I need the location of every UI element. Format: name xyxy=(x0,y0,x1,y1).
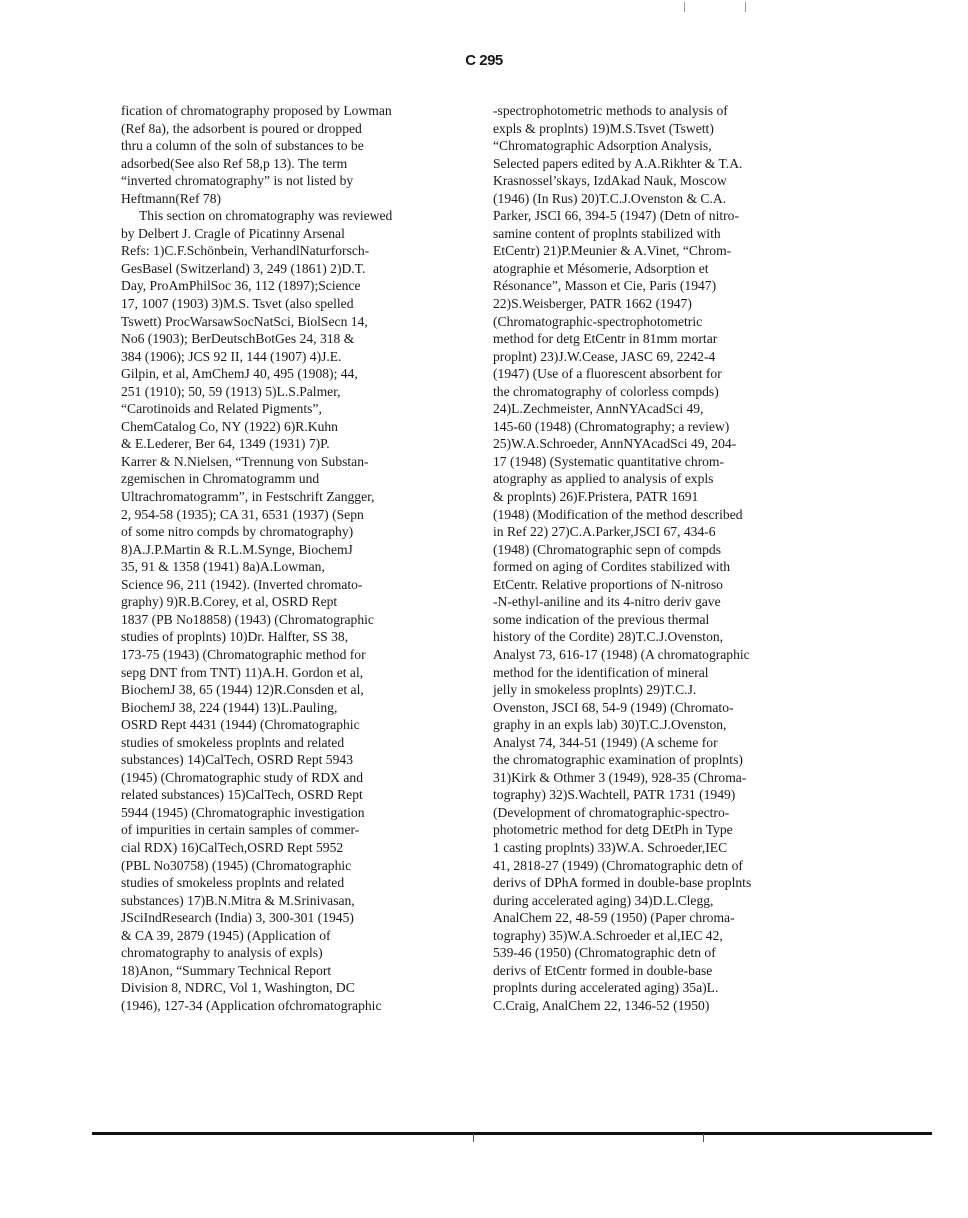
text-line: 18)Anon, “Summary Technical Report xyxy=(121,962,443,980)
text-line: Analyst 73, 616-17 (1948) (A chromatogra… xyxy=(493,646,809,664)
text-line: method for detg EtCentr in 81mm mortar xyxy=(493,330,809,348)
text-line: history of the Cordite) 28)T.C.J.Ovensto… xyxy=(493,628,809,646)
text-line: Science 96, 211 (1942). (Inverted chroma… xyxy=(121,576,443,594)
text-line: -N-ethyl-aniline and its 4-nitro deriv g… xyxy=(493,593,809,611)
text-line: during accelerated aging) 34)D.L.Clegg, xyxy=(493,892,809,910)
right-column: -spectrophotometric methods to analysis … xyxy=(493,102,809,1014)
text-line: fication of chromatography proposed by L… xyxy=(121,102,443,120)
text-line: 2, 954-58 (1935); CA 31, 6531 (1937) (Se… xyxy=(121,506,443,524)
text-line: of some nitro compds by chromatography) xyxy=(121,523,443,541)
text-line: graphy) 9)R.B.Corey, et al, OSRD Rept xyxy=(121,593,443,611)
text-line: & E.Lederer, Ber 64, 1349 (1931) 7)P. xyxy=(121,435,443,453)
text-line: 8)A.J.P.Martin & R.L.M.Synge, BiochemJ xyxy=(121,541,443,559)
text-line: Tswett) ProcWarsawSocNatSci, BiolSecn 14… xyxy=(121,313,443,331)
text-line: 22)S.Weisberger, PATR 1662 (1947) xyxy=(493,295,809,313)
text-line: 35, 91 & 1358 (1941) 8a)A.Lowman, xyxy=(121,558,443,576)
text-line: 173-75 (1943) (Chromatographic method fo… xyxy=(121,646,443,664)
text-line: (Development of chromatographic-spectro- xyxy=(493,804,809,822)
page-number-header: C 295 xyxy=(0,52,968,69)
text-line: ChemCatalog Co, NY (1922) 6)R.Kuhn xyxy=(121,418,443,436)
text-line: proplnts during accelerated aging) 35a)L… xyxy=(493,979,809,997)
text-line: studies of smokeless proplnts and relate… xyxy=(121,734,443,752)
text-line: proplnt) 23)J.W.Cease, JASC 69, 2242-4 xyxy=(493,348,809,366)
text-line: & proplnts) 26)F.Pristera, PATR 1691 xyxy=(493,488,809,506)
text-line: 41, 2818-27 (1949) (Chromatographic detn… xyxy=(493,857,809,875)
text-line: (1948) (Modification of the method descr… xyxy=(493,506,809,524)
text-line: (1947) (Use of a fluorescent absorbent f… xyxy=(493,365,809,383)
text-line: Résonance”, Masson et Cie, Paris (1947) xyxy=(493,277,809,295)
text-line: in Ref 22) 27)C.A.Parker,JSCI 67, 434-6 xyxy=(493,523,809,541)
text-line: -spectrophotometric methods to analysis … xyxy=(493,102,809,120)
scan-mark xyxy=(684,2,685,12)
text-line: (Chromatographic-spectrophotometric xyxy=(493,313,809,331)
text-line: tography) 35)W.A.Schroeder et al,IEC 42, xyxy=(493,927,809,945)
text-line: 384 (1906); JCS 92 II, 144 (1907) 4)J.E. xyxy=(121,348,443,366)
text-line: derivs of EtCentr formed in double-base xyxy=(493,962,809,980)
text-line: Parker, JSCI 66, 394-5 (1947) (Detn of n… xyxy=(493,207,809,225)
text-line: the chromatography of colorless compds) xyxy=(493,383,809,401)
text-line: 1837 (PB No18858) (1943) (Chromatographi… xyxy=(121,611,443,629)
text-line: tography) 32)S.Wachtell, PATR 1731 (1949… xyxy=(493,786,809,804)
text-line: 1 casting proplnts) 33)W.A. Schroeder,IE… xyxy=(493,839,809,857)
text-line: photometric method for detg DEtPh in Typ… xyxy=(493,821,809,839)
text-line: Ultrachromatogramm”, in Festschrift Zang… xyxy=(121,488,443,506)
text-line: adsorbed(See also Ref 58,p 13). The term xyxy=(121,155,443,173)
text-line: thru a column of the soln of substances … xyxy=(121,137,443,155)
text-line: sepg DNT from TNT) 11)A.H. Gordon et al, xyxy=(121,664,443,682)
text-line: 24)L.Zechmeister, AnnNYAcadSci 49, xyxy=(493,400,809,418)
text-line: BiochemJ 38, 224 (1944) 13)L.Pauling, xyxy=(121,699,443,717)
text-line: Heftmann(Ref 78) xyxy=(121,190,443,208)
text-line: GesBasel (Switzerland) 3, 249 (1861) 2)D… xyxy=(121,260,443,278)
text-line: by Delbert J. Cragle of Picatinny Arsena… xyxy=(121,225,443,243)
text-line: (1946), 127-34 (Application ofchromatogr… xyxy=(121,997,443,1015)
text-line: Day, ProAmPhilSoc 36, 112 (1897);Science xyxy=(121,277,443,295)
text-line: 539-46 (1950) (Chromatographic detn of xyxy=(493,944,809,962)
text-line: zgemischen in Chromatogramm und xyxy=(121,470,443,488)
text-line: “inverted chromatography” is not listed … xyxy=(121,172,443,190)
scan-mark xyxy=(473,1134,474,1142)
text-line: EtCentr. Relative proportions of N-nitro… xyxy=(493,576,809,594)
text-line: substances) 14)CalTech, OSRD Rept 5943 xyxy=(121,751,443,769)
text-line: Karrer & N.Nielsen, “Trennung von Substa… xyxy=(121,453,443,471)
text-line: method for the identification of mineral xyxy=(493,664,809,682)
text-line: Gilpin, et al, AmChemJ 40, 495 (1908); 4… xyxy=(121,365,443,383)
text-line: (1946) (In Rus) 20)T.C.J.Ovenston & C.A. xyxy=(493,190,809,208)
text-line: OSRD Rept 4431 (1944) (Chromatographic xyxy=(121,716,443,734)
text-line: C.Craig, AnalChem 22, 1346-52 (1950) xyxy=(493,997,809,1015)
text-line: EtCentr) 21)P.Meunier & A.Vinet, “Chrom- xyxy=(493,242,809,260)
scan-mark xyxy=(703,1134,704,1142)
scan-mark xyxy=(745,2,746,12)
text-line: 31)Kirk & Othmer 3 (1949), 928-35 (Chrom… xyxy=(493,769,809,787)
text-line: Division 8, NDRC, Vol 1, Washington, DC xyxy=(121,979,443,997)
text-line: Refs: 1)C.F.Schönbein, VerhandlNaturfors… xyxy=(121,242,443,260)
text-line: samine content of proplnts stabilized wi… xyxy=(493,225,809,243)
text-line: cial RDX) 16)CalTech,OSRD Rept 5952 xyxy=(121,839,443,857)
text-line: (PBL No30758) (1945) (Chromatographic xyxy=(121,857,443,875)
text-line: JSciIndResearch (India) 3, 300-301 (1945… xyxy=(121,909,443,927)
text-line: formed on aging of Cordites stabilized w… xyxy=(493,558,809,576)
text-line: jelly in smokeless proplnts) 29)T.C.J. xyxy=(493,681,809,699)
text-line: 5944 (1945) (Chromatographic investigati… xyxy=(121,804,443,822)
text-line: & CA 39, 2879 (1945) (Application of xyxy=(121,927,443,945)
text-line: the chromatographic examination of propl… xyxy=(493,751,809,769)
text-line: Selected papers edited by A.A.Rikhter & … xyxy=(493,155,809,173)
text-line: Analyst 74, 344-51 (1949) (A scheme for xyxy=(493,734,809,752)
text-line: 145-60 (1948) (Chromatography; a review) xyxy=(493,418,809,436)
text-line: derivs of DPhA formed in double-base pro… xyxy=(493,874,809,892)
text-line: “Chromatographic Adsorption Analysis, xyxy=(493,137,809,155)
text-line: related substances) 15)CalTech, OSRD Rep… xyxy=(121,786,443,804)
text-line: This section on chromatography was revie… xyxy=(121,207,443,225)
text-line: No6 (1903); BerDeutschBotGes 24, 318 & xyxy=(121,330,443,348)
footer-rule xyxy=(92,1132,932,1135)
left-column: fication of chromatography proposed by L… xyxy=(121,102,443,1014)
text-line: some indication of the previous thermal xyxy=(493,611,809,629)
text-line: BiochemJ 38, 65 (1944) 12)R.Consden et a… xyxy=(121,681,443,699)
text-line: graphy in an expls lab) 30)T.C.J.Ovensto… xyxy=(493,716,809,734)
text-line: atography as applied to analysis of expl… xyxy=(493,470,809,488)
text-line: AnalChem 22, 48-59 (1950) (Paper chroma- xyxy=(493,909,809,927)
text-line: of impurities in certain samples of comm… xyxy=(121,821,443,839)
text-line: “Carotinoids and Related Pigments”, xyxy=(121,400,443,418)
text-line: Krasnossel’skays, IzdAkad Nauk, Moscow xyxy=(493,172,809,190)
text-line: 251 (1910); 50, 59 (1913) 5)L.S.Palmer, xyxy=(121,383,443,401)
text-line: 25)W.A.Schroeder, AnnNYAcadSci 49, 204- xyxy=(493,435,809,453)
text-line: studies of proplnts) 10)Dr. Halfter, SS … xyxy=(121,628,443,646)
text-line: (Ref 8a), the adsorbent is poured or dro… xyxy=(121,120,443,138)
text-line: Ovenston, JSCI 68, 54-9 (1949) (Chromato… xyxy=(493,699,809,717)
text-line: (1948) (Chromatographic sepn of compds xyxy=(493,541,809,559)
text-line: atographie et Mésomerie, Adsorption et xyxy=(493,260,809,278)
text-line: 17, 1007 (1903) 3)M.S. Tsvet (also spell… xyxy=(121,295,443,313)
text-line: studies of smokeless proplnts and relate… xyxy=(121,874,443,892)
text-line: expls & proplnts) 19)M.S.Tsvet (Tswett) xyxy=(493,120,809,138)
text-line: substances) 17)B.N.Mitra & M.Srinivasan, xyxy=(121,892,443,910)
text-line: chromatography to analysis of expls) xyxy=(121,944,443,962)
text-line: 17 (1948) (Systematic quantitative chrom… xyxy=(493,453,809,471)
text-line: (1945) (Chromatographic study of RDX and xyxy=(121,769,443,787)
